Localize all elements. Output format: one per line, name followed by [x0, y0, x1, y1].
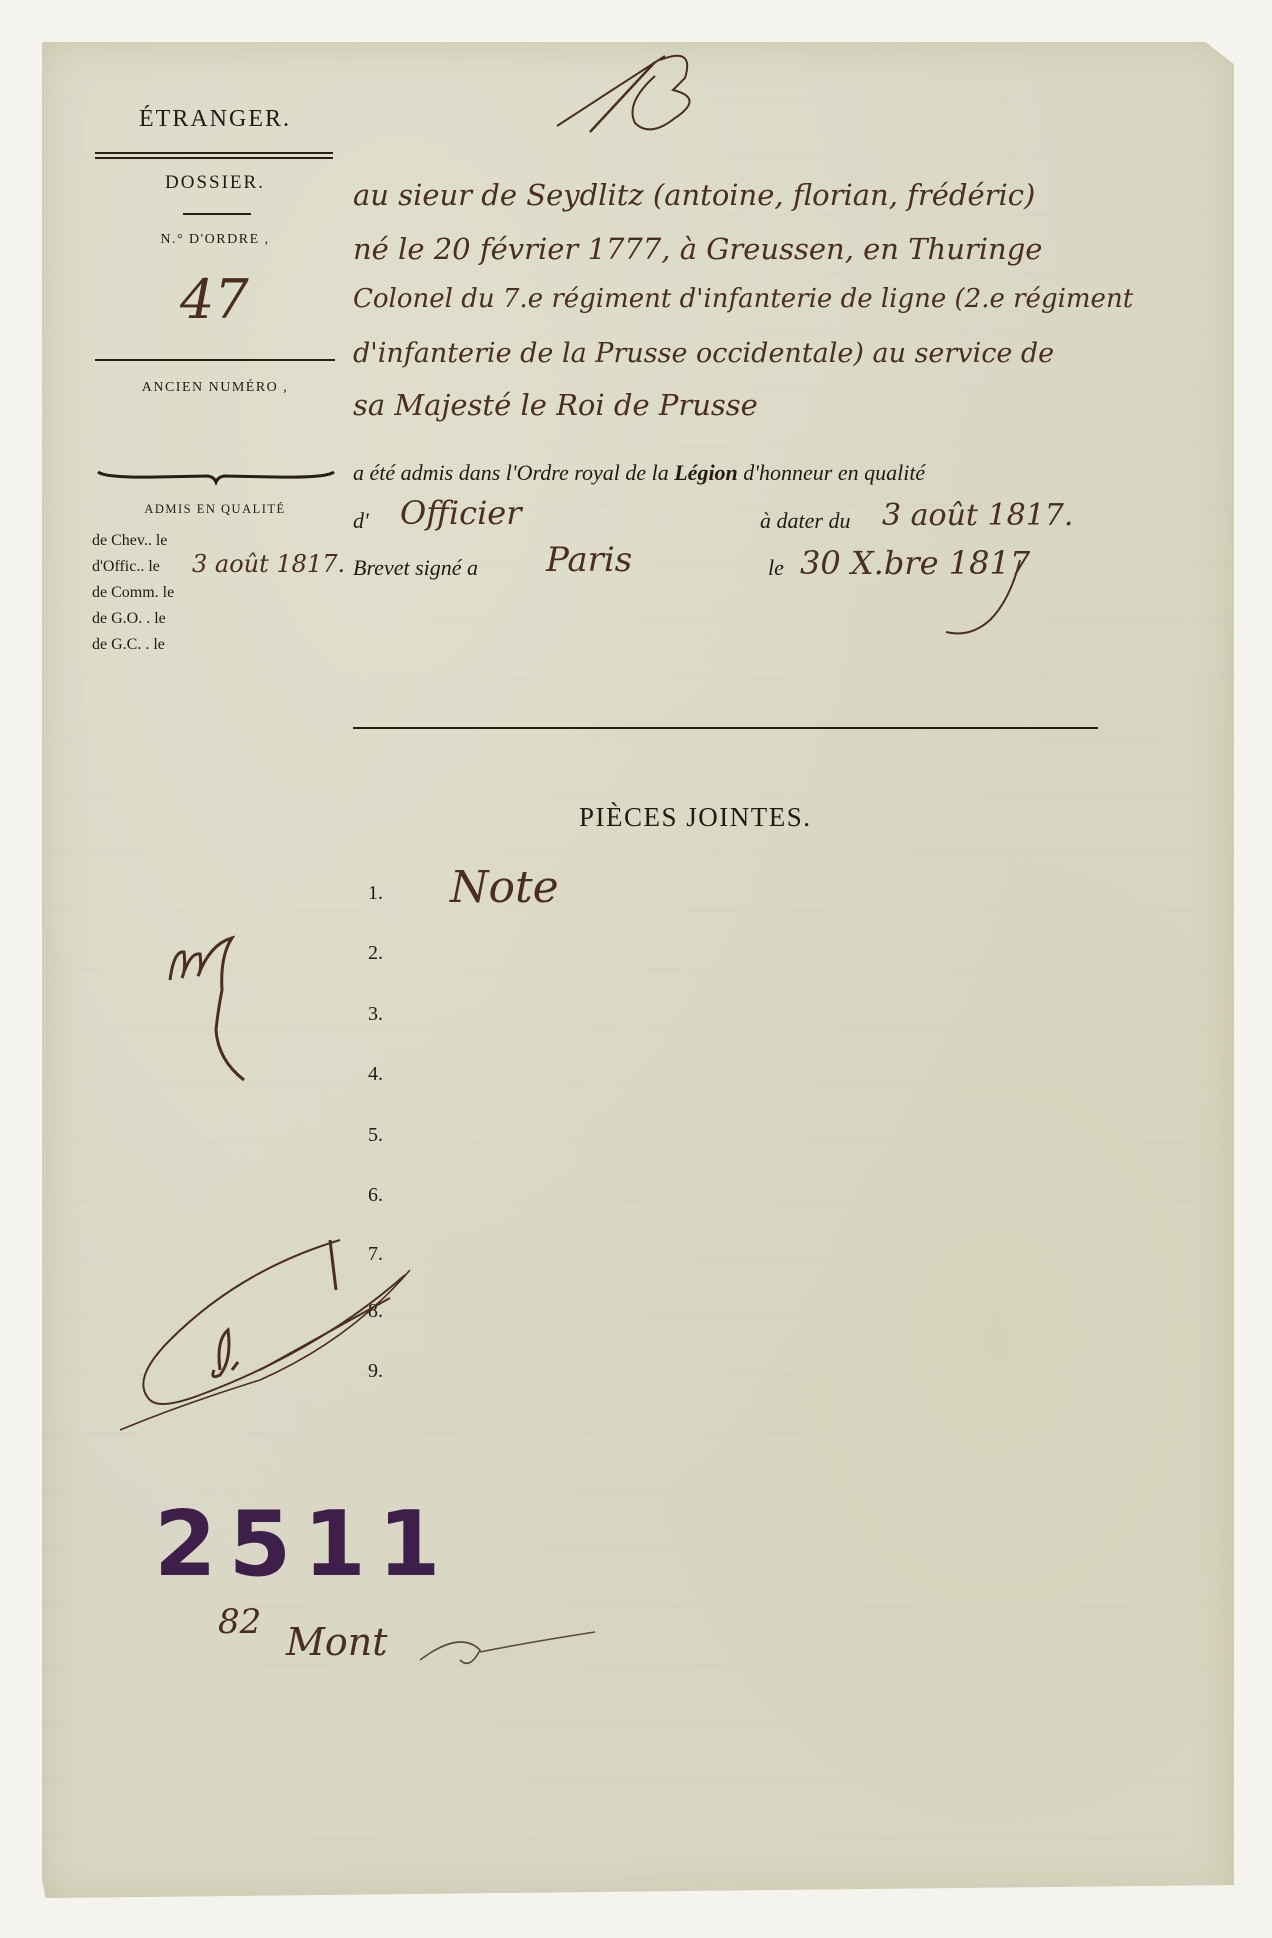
dossier-label: DOSSIER.: [95, 172, 335, 194]
piece-number: 6.: [368, 1184, 383, 1207]
grade-row: de G.C. . le: [92, 632, 174, 658]
ornamental-brace-rule: [96, 468, 336, 486]
date-value: 3 août 1817.: [882, 498, 1073, 533]
recipient-line-1: au sieur de Seydlitz (antoine, florian, …: [353, 178, 1035, 212]
ancien-numero-label: ANCIEN NUMÉRO ,: [95, 380, 335, 396]
date-label: à dater du: [760, 508, 850, 534]
short-rule: [183, 213, 251, 215]
legion-bold: Légion: [674, 460, 738, 485]
pieces-jointes-title: PIÈCES JOINTES.: [579, 802, 812, 833]
brevet-place: Paris: [546, 540, 632, 580]
piece-value: Note: [450, 862, 559, 913]
piece-number: 4.: [368, 1063, 383, 1086]
admission-text-end: d'honneur en qualité: [743, 460, 925, 485]
grade-value: Officier: [400, 494, 522, 532]
admission-line: a été admis dans l'Ordre royal de la Lég…: [353, 460, 925, 486]
double-rule: [95, 152, 333, 159]
grade-prefix: d': [353, 508, 369, 534]
paraph-flourish: [120, 1230, 440, 1490]
piece-number: 3.: [368, 1003, 383, 1026]
section-rule: [353, 727, 1098, 729]
recipient-line-5: sa Majesté le Roi de Prusse: [353, 388, 758, 422]
recipient-line-3: Colonel du 7.e régiment d'infanterie de …: [353, 284, 1133, 314]
category-heading: ÉTRANGER.: [95, 106, 335, 133]
sub-number: 82: [218, 1602, 261, 1642]
grade-row: de Comm. le: [92, 580, 174, 606]
piece-number: 5.: [368, 1124, 383, 1147]
recipient-line-4: d'infanterie de la Prusse occidentale) a…: [353, 338, 1054, 369]
date-flourish: [940, 560, 1030, 640]
piece-number: 2.: [368, 942, 383, 965]
margin-initials-mark: [160, 930, 250, 1090]
ordre-number: 47: [180, 268, 249, 331]
ordre-rule: [95, 359, 335, 361]
officer-grade-date: 3 août 1817.: [192, 550, 345, 578]
ordre-label: N.° D'ORDRE ,: [95, 232, 335, 248]
folio-mark-13: 13: [555, 48, 685, 138]
signature-flourish: [420, 1620, 600, 1680]
archive-stamp-number: 2511: [154, 1500, 453, 1590]
piece-number: 1.: [368, 882, 383, 905]
signature: Mont: [286, 1620, 388, 1664]
grade-list: de Chev.. le d'Offic.. le de Comm. le de…: [92, 528, 174, 658]
brevet-label: Brevet signé a: [353, 555, 478, 581]
brevet-date-label: le: [768, 555, 784, 581]
grade-row: de Chev.. le: [92, 528, 174, 554]
admission-text-start: a été admis dans l'Ordre royal de la: [353, 460, 669, 485]
grade-row: d'Offic.. le: [92, 554, 174, 580]
recipient-line-2: né le 20 février 1777, à Greussen, en Th…: [353, 232, 1042, 266]
grade-row: de G.O. . le: [92, 606, 174, 632]
admis-title: ADMIS EN QUALITÉ: [95, 502, 335, 517]
